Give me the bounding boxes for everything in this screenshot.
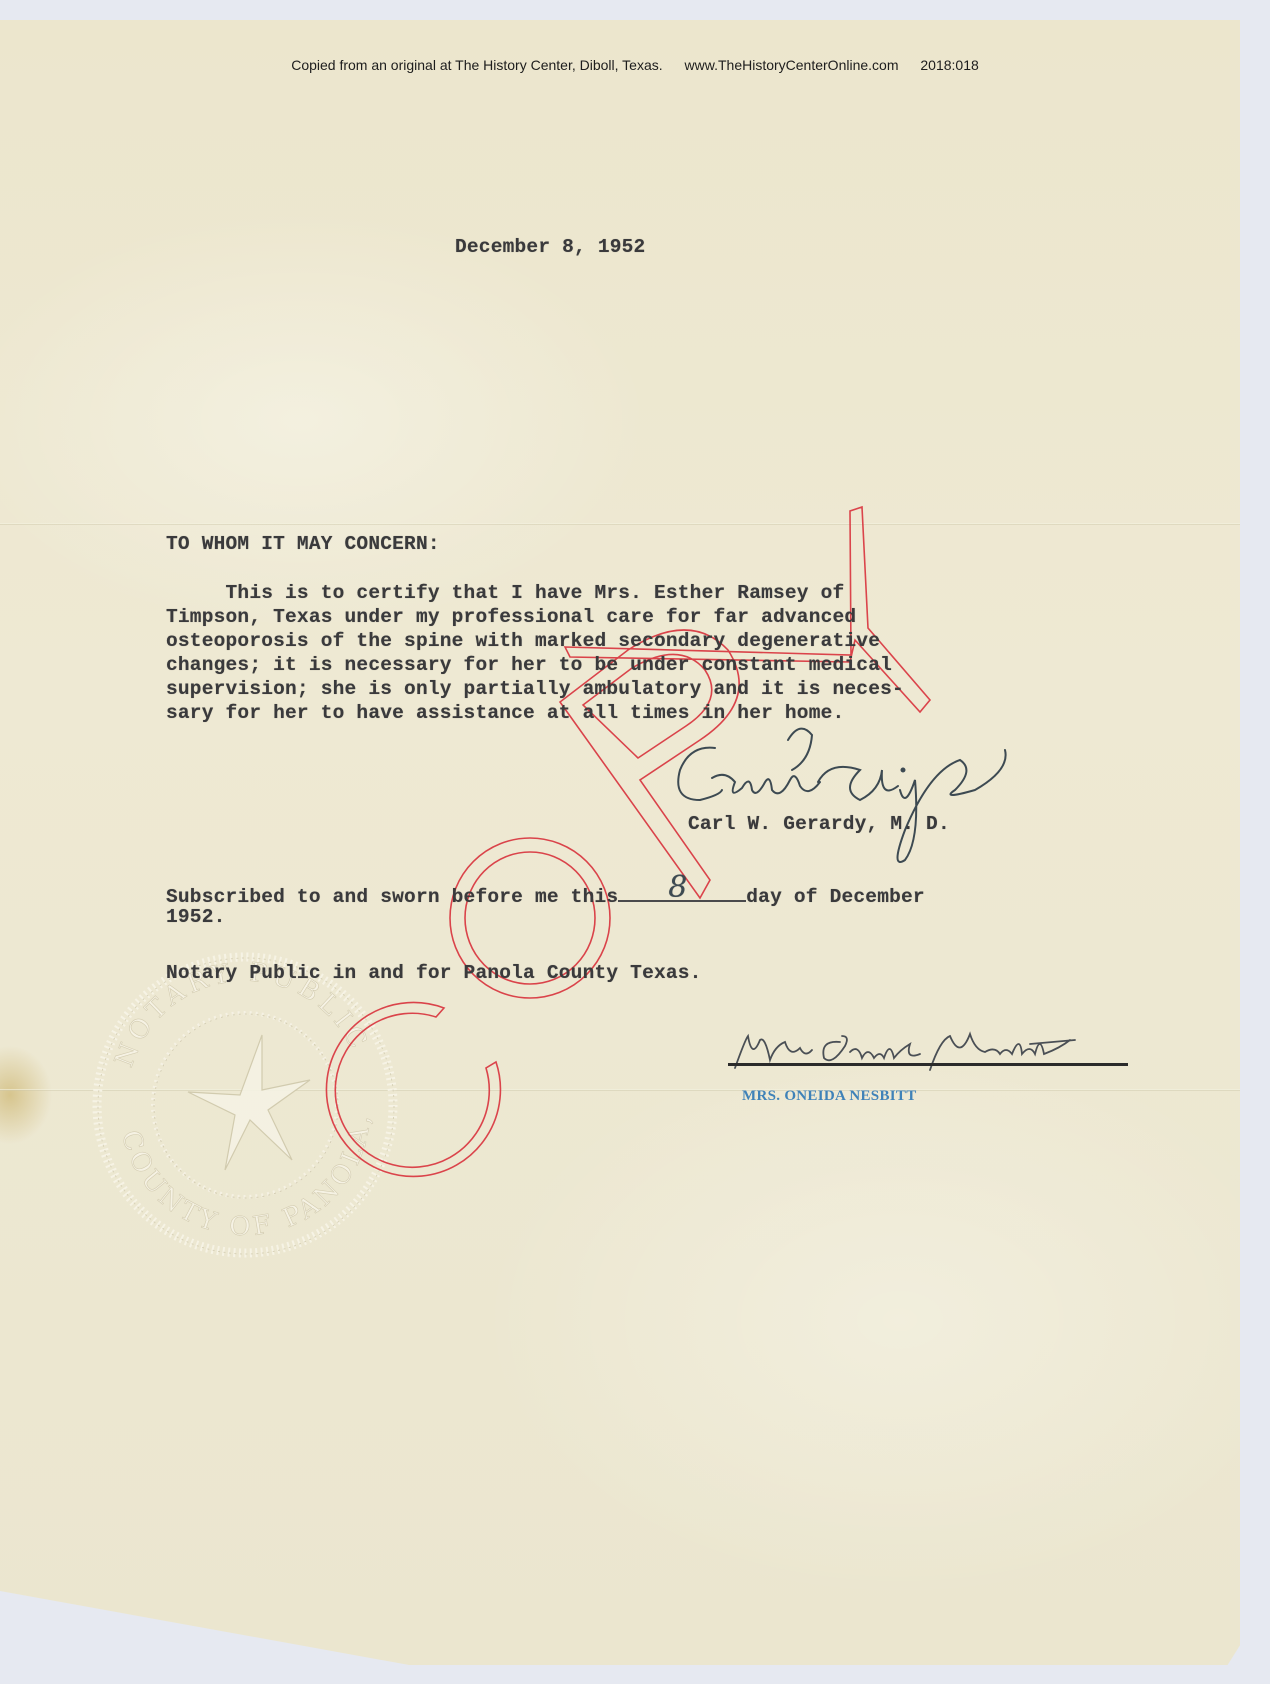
notary-signature-line [728, 1063, 1128, 1066]
notary-printed-name: MRS. ONEIDA NESBITT [742, 1088, 917, 1105]
notary-signature [0, 0, 1270, 1684]
